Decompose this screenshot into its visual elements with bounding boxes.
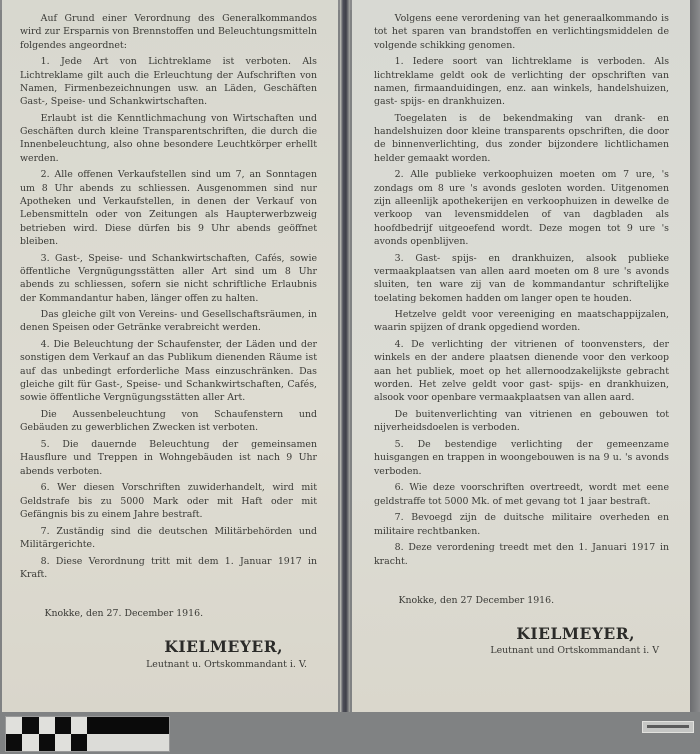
paragraph-4: 4. De verlichting der vitrienen of toonv… xyxy=(374,338,669,404)
signature-title: Leutnant und Ortskommandant i. V xyxy=(374,644,669,657)
paragraph-8: 8. Deze verordening treedt met den 1. Ja… xyxy=(374,541,669,568)
scan-edge xyxy=(690,0,700,712)
paragraph-1b: Erlaubt ist die Kenntlichmachung von Wir… xyxy=(20,112,317,165)
paragraph-2: 2. Alle offenen Verkaufstellen sind um 7… xyxy=(20,168,317,248)
paragraph-1: 1. Iedere soort van lichtreklame is verb… xyxy=(374,55,669,108)
dutch-text-column: Volgens eene verordening van het generaa… xyxy=(374,12,669,658)
paragraph-5: 5. Die dauernde Beleuchtung der gemeinsa… xyxy=(20,438,317,478)
scale-swatch xyxy=(22,717,38,734)
paragraph-6: 6. Wer diesen Vorschriften zuwiderhandel… xyxy=(20,481,317,521)
scale-swatch xyxy=(39,717,55,734)
paragraph-7: 7. Zuständig sind die deutschen Militärb… xyxy=(20,525,317,552)
paragraph-2: 2. Alle publieke verkoophuizen moeten om… xyxy=(374,168,669,248)
paragraph-3: 3. Gast-, Speise- und Schankwirtschaften… xyxy=(20,252,317,305)
german-text-column: Auf Grund einer Verordnung des Generalko… xyxy=(20,12,317,671)
scale-swatch xyxy=(87,734,169,751)
paragraph-intro: Volgens eene verordening van het generaa… xyxy=(374,12,669,52)
paragraph-4b: Die Aussenbeleuchtung von Schaufenstern … xyxy=(20,408,317,435)
scale-swatch xyxy=(39,734,55,751)
scale-swatch xyxy=(55,734,71,751)
paragraph-intro: Auf Grund einer Verordnung des Generalko… xyxy=(20,12,317,52)
dateline: Knokke, den 27. December 1916. xyxy=(20,607,317,620)
paragraph-1b: Toegelaten is de bekendmaking van drank-… xyxy=(374,112,669,165)
paragraph-3b: Das gleiche gilt von Vereins- und Gesell… xyxy=(20,308,317,335)
paragraph-6: 6. Wie deze voorschriften overtreedt, wo… xyxy=(374,481,669,508)
column-separator xyxy=(340,0,350,712)
paragraph-3b: Hetzelve geldt voor vereeniging en maats… xyxy=(374,308,669,335)
paragraph-4: 4. Die Beleuchtung der Schaufenster, der… xyxy=(20,338,317,404)
signature-title: Leutnant u. Ortskommandant i. V. xyxy=(20,658,317,671)
paragraph-8: 8. Diese Verordnung tritt mit dem 1. Jan… xyxy=(20,555,317,582)
scale-swatch xyxy=(55,717,71,734)
signature-name: KIELMEYER, xyxy=(374,627,669,640)
paragraph-5: 5. De bestendige verlichting der gemeenz… xyxy=(374,438,669,478)
scale-swatch xyxy=(6,717,22,734)
paragraph-4b: De buitenverlichting van vitrienen en ge… xyxy=(374,408,669,435)
paragraph-7: 7. Bevoegd zijn de duitsche militaire ov… xyxy=(374,511,669,538)
archive-id-label xyxy=(642,721,694,733)
signature-name: KIELMEYER, xyxy=(20,640,317,653)
paragraph-3: 3. Gast- spijs- en drankhuizen, alsook p… xyxy=(374,252,669,305)
color-calibration-scale xyxy=(5,716,170,752)
dateline: Knokke, den 27 December 1916. xyxy=(374,594,669,607)
scale-swatch xyxy=(87,717,169,734)
scale-swatch xyxy=(6,734,22,751)
scale-swatch xyxy=(71,717,87,734)
scale-swatch xyxy=(22,734,38,751)
paragraph-1: 1. Jede Art von Lichtreklame ist verbote… xyxy=(20,55,317,108)
scale-swatch xyxy=(71,734,87,751)
